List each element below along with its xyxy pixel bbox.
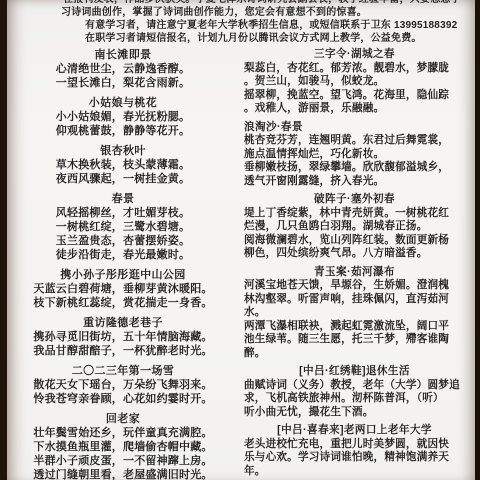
poem-line: 下水摸鱼瓶里灌，爬墙偷杏帽中藏。	[7, 440, 239, 454]
poem-line: 壮年鬓雪始还乡，玩伴童真充满腔。	[7, 426, 239, 440]
poem-line: 堤上丁香绽紫，林中青壳妍黄。一树桃花红	[244, 207, 465, 221]
poem-line: 曲赋诗词（义务）教授，老年（大学）圆梦追	[244, 379, 465, 393]
poem-line: 风轻摇柳丝，才吐媚芽枝。	[7, 206, 239, 220]
poem-line: 池生绿苇。随三生愿，托三千梦，殢客谁陶	[244, 333, 465, 347]
poem-line: 小小姑娘媚，春光抚粉腮。	[7, 110, 239, 124]
poem: 小姑娘与桃花小小姑娘媚，春光抚粉腮。仰观桃蕾鼓，静静等花开。	[7, 96, 239, 138]
poem-title: [中吕·喜春来]老两口上老年大学	[244, 424, 465, 438]
poem: 银杏秋叶草木换秋装，枝头蒙薄霜。夜西风骤起，一树挂金黄。	[7, 144, 239, 186]
poem-line: 散花天女下瑶台，万朵纷飞舞羽来。	[7, 378, 239, 392]
poem-line: 。贺兰山，如骏马，似蛟龙。	[244, 75, 465, 89]
notice-line: 习诗词曲创作，掌握了诗词曲创作能力，您定会有意想不到的惊喜。	[61, 6, 475, 19]
poem-line: 一望长滩白，梨花含雨新。	[7, 76, 239, 90]
poem: 浪淘沙·春景桃杏竞芬芳，连翘明黄。东君过后舞霓裳，施点温情挥灿烂，巧化新妆。垂柳…	[244, 121, 465, 189]
poem-line: 阅海微澜碧水，览山列阵红装。数面更新杨	[244, 234, 465, 248]
poem-line: 施点温情挥灿烂，巧化新妆。	[244, 148, 465, 162]
poem-line: 透过门缝朝里看，老屋盛满旧时光。	[7, 468, 239, 480]
poem-line: 求，飞机高铁旅神州。沏杯陈普洱，（听）	[244, 392, 465, 406]
poem-line: 醉。	[244, 347, 465, 361]
poem-line: 夜西风骤起，一树挂金黄。	[7, 172, 239, 186]
poem-title: 南长滩即景	[7, 48, 239, 62]
poem-line: 玉兰盈贵态，杏蕾摆娇姿。	[7, 234, 239, 248]
recruitment-notice: 在报刊发表，作品多次获奖。宁夏毛泽东诗词研究会副会长，教学经验丰富，只要您想学 …	[7, 0, 475, 45]
poem-line: 天蓝云白碧荷塘，垂柳芽黄沐暖阳。	[7, 282, 239, 296]
poem: 二〇二三年第一场雪散花天女下瑶台，万朵纷飞舞羽来。怜我苍穹亲眷顾，心花如约霎时开…	[7, 364, 239, 406]
poem-line: 草木换秋装，枝头蒙薄霜。	[7, 158, 239, 172]
poem: 南长滩即景心清绝世尘，云静逸香醇。一望长滩白，梨花含雨新。	[7, 48, 239, 90]
poem-title: 重访隆德老巷子	[7, 316, 239, 330]
poem-line: 半群小子顽皮蛋，一不留神蹿上房。	[7, 454, 239, 468]
poem-line: 听小曲无忧，撮花生下酒。	[244, 406, 465, 420]
document-page: 在报刊发表，作品多次获奖。宁夏毛泽东诗词研究会副会长，教学经验丰富，只要您想学 …	[7, 0, 475, 480]
poem: [中吕·红绣鞋]退休生活曲赋诗词（义务）教授，老年（大学）圆梦追求，飞机高铁旅神…	[244, 365, 465, 419]
poem-line: 烂漫，几只鱼鸥白羽翔。湖城春正扬。	[244, 220, 465, 234]
poem-line: 枝下新桃红蕊绽，赏花揣走一身香。	[7, 296, 239, 310]
poem-line: 两潭飞瀑相联袂，溅起虹霓激流坠，阔口平	[244, 320, 465, 334]
poem-title: 破阵子·塞外初春	[244, 193, 465, 207]
poem: 重访隆德老巷子携孙寻觅旧街坊，五十年情脑海藏。我品甘醇甜醅子，一杯犹醉老时光。	[7, 316, 239, 358]
poem-line: 仰观桃蕾鼓，静静等花开。	[7, 124, 239, 138]
poem-title: 银杏秋叶	[7, 144, 239, 158]
poem: 回老家壮年鬓雪始还乡，玩伴童真充满腔。下水摸鱼瓶里灌，爬墙偷杏帽中藏。半群小子顽…	[7, 412, 239, 480]
poem: 破阵子·塞外初春堤上丁香绽紫，林中青壳妍黄。一树桃花红烂漫，几只鱼鸥白羽翔。湖城…	[244, 193, 465, 261]
notice-line: 在职学习者请短信报名，计划九月份以腾讯会议方式网上教学，公益免费。	[85, 32, 475, 45]
poem-line: 携孙寻觅旧街坊，五十年情脑海藏。	[7, 330, 239, 344]
poem-columns: 南长滩即景心清绝世尘，云静逸香醇。一望长滩白，梨花含雨新。小姑娘与桃花小小姑娘媚…	[7, 48, 475, 480]
poem: 携小孙子彤彤逛中山公园天蓝云白碧荷塘，垂柳芽黄沐暖阳。枝下新桃红蕊绽，赏花揣走一…	[7, 268, 239, 310]
poem-line: 柳色，四处缤纷爽气昂。八方暗溢香。	[244, 247, 465, 261]
poem-line: 一树桃红绽，三鹭水碧塘。	[7, 220, 239, 234]
poem-line: 摇翠柳，挽蓝空。望飞鸿。花海里，隐仙踪	[244, 89, 465, 103]
poem-title: 三字令·湖城之春	[244, 48, 465, 62]
left-poem-column: 南长滩即景心清绝世尘，云静逸香醇。一望长滩白，梨花含雨新。小姑娘与桃花小小姑娘媚…	[7, 48, 239, 480]
poem-line: 心清绝世尘，云静逸香醇。	[7, 62, 239, 76]
poem-title: 浪淘沙·春景	[244, 121, 465, 135]
poem-title: 回老家	[7, 412, 239, 426]
poem-line: 徒步沿街走，春光最嫩时。	[7, 248, 239, 262]
poem-line: 乐与心欢。学习诗词谁怕晚，精神饱满养天	[244, 451, 465, 465]
poem-line: 梨蕊白，杏花红。郁芳浓。靓碧水，梦朦胧	[244, 62, 465, 76]
right-poem-column: 三字令·湖城之春梨蕊白，杏花红。郁芳浓。靓碧水，梦朦胧。贺兰山，如骏马，似蛟龙。…	[239, 48, 465, 480]
poem-line: 老头进校忙充电，重把儿时美梦圆，就因快	[244, 438, 465, 452]
poem-title: 携小孙子彤彤逛中山公园	[7, 268, 239, 282]
poem-title: 春景	[7, 192, 239, 206]
poem: 三字令·湖城之春梨蕊白，杏花红。郁芳浓。靓碧水，梦朦胧。贺兰山，如骏马，似蛟龙。…	[244, 48, 465, 116]
poem: [中吕·喜春来]老两口上老年大学老头进校忙充电，重把儿时美梦圆，就因快乐与心欢。…	[244, 424, 465, 478]
poem-line: 垂柳嫩枝扬，翠绿攀墙。欣欣馥郁溢城乡，	[244, 161, 465, 175]
poem-line: 透气开窗刚露缝，挤入春光。	[244, 175, 465, 189]
poem: 青玉案·茹河瀑布河溪宝地苍天馈，旱塬谷，生娇媚。澄润槐林沟壑翠。听雷声响，挂珠佩…	[244, 266, 465, 361]
poem-line: 水。	[244, 306, 465, 320]
poem-title: [中吕·红绣鞋]退休生活	[244, 365, 465, 379]
poem-title: 小姑娘与桃花	[7, 96, 239, 110]
poem-line: 年。	[244, 465, 465, 479]
poem-line: 河溪宝地苍天馈，旱塬谷，生娇媚。澄润槐	[244, 279, 465, 293]
poem-line: 林沟壑翠。听雷声响，挂珠佩闪，直泻茹河	[244, 293, 465, 307]
poem: 春景风轻摇柳丝，才吐媚芽枝。一树桃红绽，三鹭水碧塘。玉兰盈贵态，杏蕾摆娇姿。徒步…	[7, 192, 239, 262]
poem-line: 我品甘醇甜醅子，一杯犹醉老时光。	[7, 344, 239, 358]
poem-line: 。戏稚人，游丽景，乐融融。	[244, 102, 465, 116]
notice-line-contact: 有意学习者，请注意宁夏老年大学秋季招生信息，或短信联系于卫东 139951883…	[85, 19, 475, 32]
poem-title: 二〇二三年第一场雪	[7, 364, 239, 378]
poem-line: 怜我苍穹亲眷顾，心花如约霎时开。	[7, 392, 239, 406]
poem-title: 青玉案·茹河瀑布	[244, 266, 465, 280]
poem-line: 桃杏竞芬芳，连翘明黄。东君过后舞霓裳，	[244, 134, 465, 148]
